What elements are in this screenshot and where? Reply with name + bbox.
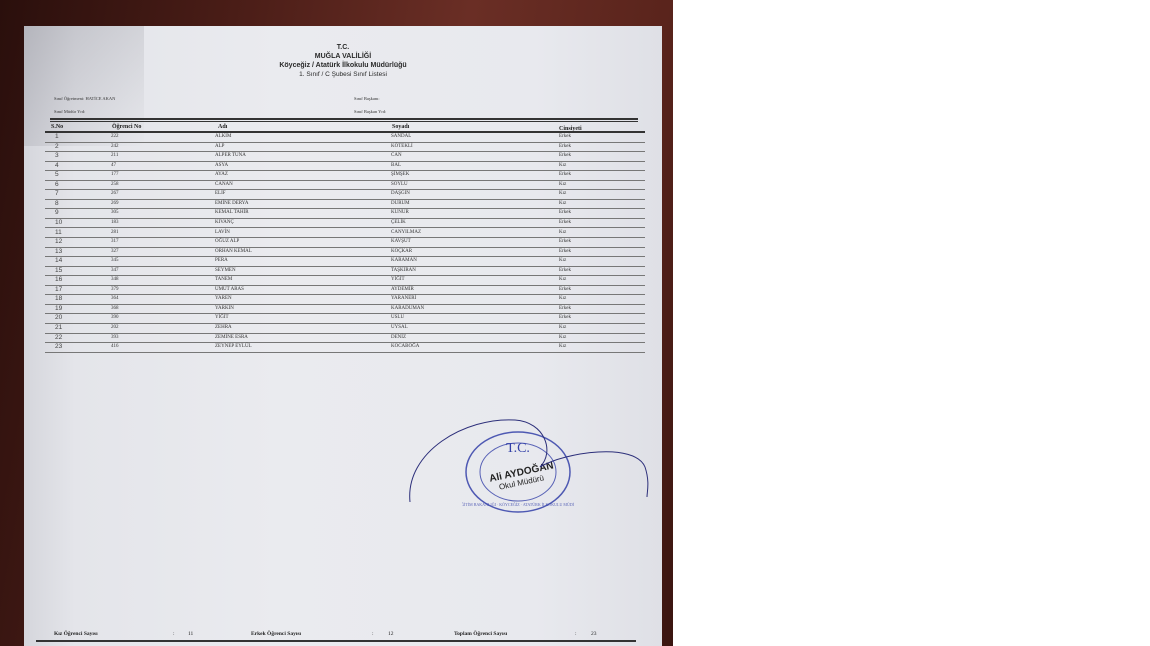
header-tc: T.C. (24, 44, 662, 51)
row-surname: YİĞİT (391, 275, 405, 284)
total-count-label: Toplam Öğrenci Sayısı (454, 631, 507, 637)
row-name: ASYA (215, 161, 228, 170)
row-surname: DURUM (391, 199, 410, 208)
signature (405, 412, 655, 507)
row-student-no: 281 (111, 228, 119, 237)
row-student-no: 379 (111, 285, 119, 294)
row-sno: 2 (55, 142, 59, 151)
row-surname: KAVŞUT (391, 237, 411, 246)
row-sno: 10 (55, 218, 62, 227)
row-gender: Kız (559, 189, 566, 198)
row-surname: CAN (391, 151, 402, 160)
row-sno: 21 (55, 323, 62, 332)
girls-sep: : (173, 631, 175, 637)
row-student-no: 47 (111, 161, 116, 170)
class-president-label: Sınıf Başkanı: (354, 96, 380, 101)
row-student-no: 258 (111, 180, 119, 189)
row-sno: 18 (55, 294, 62, 303)
vice-president-label: Sınıf Başkan Yrd: (354, 109, 386, 114)
row-student-no: 183 (111, 218, 119, 227)
row-surname: TAŞKIRAN (391, 266, 416, 275)
row-surname: KÖTEKLİ (391, 142, 413, 151)
row-surname: USLU (391, 313, 404, 322)
row-sno: 5 (55, 170, 59, 179)
header-school: Köyceğiz / Atatürk İlkokulu Müdürlüğü (24, 62, 662, 69)
header-rule (50, 118, 638, 120)
row-name: ZEMİNE ESRA (215, 333, 248, 342)
row-student-no: 222 (111, 132, 119, 141)
row-student-no: 327 (111, 247, 119, 256)
header-governorship: MUĞLA VALİLİĞİ (24, 53, 662, 60)
row-sno: 4 (55, 161, 59, 170)
row-sno: 12 (55, 237, 62, 246)
row-sno: 20 (55, 313, 62, 322)
row-name: YAREN (215, 294, 232, 303)
row-surname: DAŞGIN (391, 189, 410, 198)
row-name: ZEHRA (215, 323, 232, 332)
row-gender: Erkek (559, 247, 571, 256)
row-name: ELİF (215, 189, 226, 198)
row-sno: 9 (55, 208, 59, 217)
total-sep: : (575, 631, 577, 637)
row-name: ALP (215, 142, 224, 151)
row-student-no: 202 (111, 323, 119, 332)
boys-count-value: 12 (388, 631, 394, 637)
col-surname: Soyadı (392, 124, 409, 130)
row-sno: 17 (55, 285, 62, 294)
row-sno: 15 (55, 266, 62, 275)
row-name: ZEYNEP EYLÜL (215, 342, 252, 351)
row-gender: Kız (559, 333, 566, 342)
row-surname: BAL (391, 161, 401, 170)
assistant-principal-label: Sınıf Müdür Yrd: (54, 109, 85, 114)
row-gender: Erkek (559, 151, 571, 160)
row-surname: ÇELİK (391, 218, 406, 227)
row-gender: Kız (559, 294, 566, 303)
row-sno: 7 (55, 189, 59, 198)
row-student-no: 242 (111, 142, 119, 151)
row-name: YARKIN (215, 304, 234, 313)
row-student-no: 305 (111, 208, 119, 217)
row-name: CANAN (215, 180, 233, 189)
boys-sep: : (372, 631, 374, 637)
row-name: ALPER TUNA (215, 151, 246, 160)
row-sno: 6 (55, 180, 59, 189)
row-sno: 23 (55, 342, 62, 351)
row-name: EMİNE DERYA (215, 199, 248, 208)
row-student-no: 416 (111, 342, 119, 351)
row-name: ALKIM (215, 132, 231, 141)
col-name: Adı (218, 124, 227, 130)
row-surname: KUNUR (391, 208, 409, 217)
row-surname: AYDEMİR (391, 285, 414, 294)
row-sno: 19 (55, 304, 62, 313)
row-name: ORHAN KEMAL (215, 247, 252, 256)
row-student-no: 347 (111, 266, 119, 275)
row-student-no: 393 (111, 333, 119, 342)
row-sno: 1 (55, 132, 59, 141)
row-gender: Erkek (559, 304, 571, 313)
row-name: KIVANÇ (215, 218, 234, 227)
row-gender: Kız (559, 323, 566, 332)
header-rule-thin (50, 121, 638, 122)
row-gender: Kız (559, 199, 566, 208)
row-sno: 16 (55, 275, 62, 284)
row-name: OĞUZ ALP (215, 237, 239, 246)
total-count-value: 23 (591, 631, 597, 637)
row-student-no: 348 (111, 275, 119, 284)
row-student-no: 345 (111, 256, 119, 265)
row-surname: YARANERİ (391, 294, 416, 303)
row-gender: Kız (559, 228, 566, 237)
row-gender: Erkek (559, 170, 571, 179)
row-name: PERA (215, 256, 228, 265)
row-gender: Erkek (559, 285, 571, 294)
row-gender: Erkek (559, 142, 571, 151)
row-surname: CANYILMAZ (391, 228, 421, 237)
row-gender: Erkek (559, 266, 571, 275)
row-surname: ŞİMŞEK (391, 170, 409, 179)
row-student-no: 211 (111, 151, 118, 160)
row-student-no: 267 (111, 189, 119, 198)
col-student-no: Öğrenci No (112, 124, 141, 130)
row-name: LAVİN (215, 228, 230, 237)
row-sno: 14 (55, 256, 62, 265)
row-surname: KARAMAN (391, 256, 417, 265)
row-student-no: 368 (111, 304, 119, 313)
row-student-no: 390 (111, 313, 119, 322)
row-surname: KOCABOĞA (391, 342, 419, 351)
row-sno: 11 (55, 228, 62, 237)
row-gender: Kız (559, 180, 566, 189)
row-gender: Erkek (559, 237, 571, 246)
row-surname: KARADUMAN (391, 304, 424, 313)
row-sno: 13 (55, 247, 62, 256)
row-sno: 3 (55, 151, 59, 160)
row-gender: Erkek (559, 208, 571, 217)
footer-rule (36, 640, 636, 642)
row-gender: Erkek (559, 132, 571, 141)
row-gender: Kız (559, 256, 566, 265)
row-gender: Erkek (559, 313, 571, 322)
row-sno: 22 (55, 333, 62, 342)
row-student-no: 317 (111, 237, 119, 246)
row-name: TANEM (215, 275, 232, 284)
row-gender: Kız (559, 275, 566, 284)
teacher-label: Sınıf Öğretmeni: HATİCE AKAN (54, 96, 115, 101)
boys-count-label: Erkek Öğrenci Sayısı (251, 631, 301, 637)
row-surname: KOÇKAR (391, 247, 412, 256)
col-sno: S.No (51, 124, 63, 130)
row-name: AYAZ (215, 170, 228, 179)
row-surname: DENİZ (391, 333, 406, 342)
header-class-title: 1. Sınıf / C Şubesi Sınıf Listesi (24, 71, 662, 78)
row-sno: 8 (55, 199, 59, 208)
row-name: YİĞİT (215, 313, 229, 322)
row-gender: Erkek (559, 218, 571, 227)
girls-count-label: Kız Öğrenci Sayısı (54, 631, 98, 637)
row-gender: Kız (559, 161, 566, 170)
row-surname: SANDAL (391, 132, 411, 141)
table-row: 23416ZEYNEP EYLÜLKOCABOĞAKız (45, 342, 645, 353)
row-gender: Kız (559, 342, 566, 351)
girls-count-value: 11 (188, 631, 193, 637)
row-name: KEMAL TAHİR (215, 208, 249, 217)
row-surname: SOYLU (391, 180, 408, 189)
row-surname: UYSAL (391, 323, 408, 332)
row-student-no: 364 (111, 294, 119, 303)
row-student-no: 177 (111, 170, 119, 179)
row-name: SEYMEN (215, 266, 236, 275)
row-name: UMUT ARAS (215, 285, 244, 294)
row-student-no: 269 (111, 199, 119, 208)
